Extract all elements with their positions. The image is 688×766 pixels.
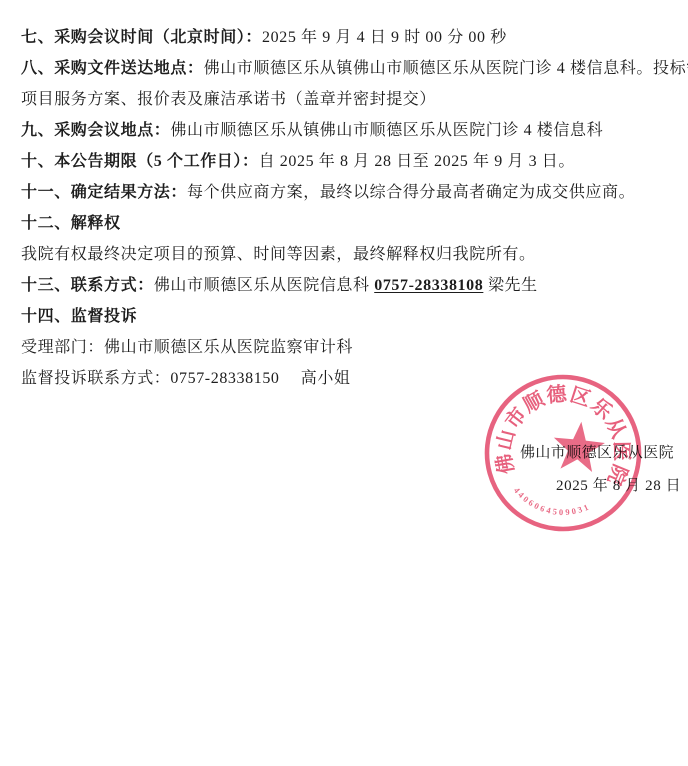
document-body: 七、采购会议时间（北京时间）：2025 年 9 月 4 日 9 时 00 分 0… [21,28,681,400]
section-13-heading: 十三、联系方式： [21,277,154,294]
document-page: { "document": { "lines": [ { "label": "七… [0,0,688,766]
section-7-meeting-time: 七、采购会议时间（北京时间）：2025 年 9 月 4 日 9 时 00 分 0… [21,28,681,48]
section-10-text: 自 2025 年 8 月 28 日至 2025 年 9 月 3 日。 [259,153,575,170]
section-12-text: 我院有权最终决定项目的预算、时间等因素，最终解释权归我院所有。 [21,246,536,263]
supervision-department-text: 受理部门：佛山市顺德区乐从医院监察审计科 [21,339,353,356]
section-7-text: 2025 年 9 月 4 日 9 时 00 分 00 秒 [262,29,507,46]
official-seal-stamp: 佛山市顺德区乐从医院 4406064509031 [470,360,657,547]
section-8-continuation: 项目服务方案、报价表及廉洁承诺书（盖章并密封提交） [21,90,681,110]
section-12-interpretation-right: 十二、解释权 [21,214,681,234]
section-14-heading: 十四、监督投诉 [21,308,137,325]
section-9-heading: 九、采购会议地点： [21,122,170,139]
section-13-text: 佛山市顺德区乐从医院信息科 [154,277,374,294]
seal-arc-text: 佛山市顺德区乐从医院 [489,375,641,491]
supervision-department: 受理部门：佛山市顺德区乐从医院监察审计科 [21,338,681,358]
section-8-text-2: 项目服务方案、报价表及廉洁承诺书（盖章并密封提交） [21,91,436,108]
section-7-heading: 七、采购会议时间（北京时间）： [21,29,262,46]
section-11-heading: 十一、确定结果方法： [21,184,187,201]
section-14-supervision: 十四、监督投诉 [21,307,681,327]
section-11-result-method: 十一、确定结果方法：每个供应商方案，最终以综合得分最高者确定为成交供应商。 [21,183,681,203]
section-12-body: 我院有权最终决定项目的预算、时间等因素，最终解释权归我院所有。 [21,245,681,265]
section-8-delivery-place: 八、采购文件送达地点：佛山市顺德区乐从镇佛山市顺德区乐从医院门诊 4 楼信息科。… [21,59,681,79]
section-10-heading: 十、本公告期限（5 个工作日）： [21,153,259,170]
section-8-heading: 八、采购文件送达地点： [21,60,204,77]
section-8-text: 佛山市顺德区乐从镇佛山市顺德区乐从医院门诊 4 楼信息科。投标需提交的资料： [204,60,688,77]
star-icon [551,419,607,473]
section-10-notice-period: 十、本公告期限（5 个工作日）：自 2025 年 8 月 28 日至 2025 … [21,152,681,172]
section-12-heading: 十二、解释权 [21,215,121,232]
seal-arc-text-container: 佛山市顺德区乐从医院 [489,375,641,491]
contact-person: 梁先生 [483,277,537,294]
supervision-contact-text: 监督投诉联系方式：0757-28338150 高小姐 [21,370,351,387]
contact-phone-number: 0757-28338108 [374,277,483,294]
section-9-meeting-place: 九、采购会议地点：佛山市顺德区乐从镇佛山市顺德区乐从医院门诊 4 楼信息科 [21,121,681,141]
section-11-text: 每个供应商方案，最终以综合得分最高者确定为成交供应商。 [187,184,635,201]
section-13-contact: 十三、联系方式：佛山市顺德区乐从医院信息科 0757-28338108 梁先生 [21,276,681,296]
section-9-text: 佛山市顺德区乐从镇佛山市顺德区乐从医院门诊 4 楼信息科 [170,122,603,139]
